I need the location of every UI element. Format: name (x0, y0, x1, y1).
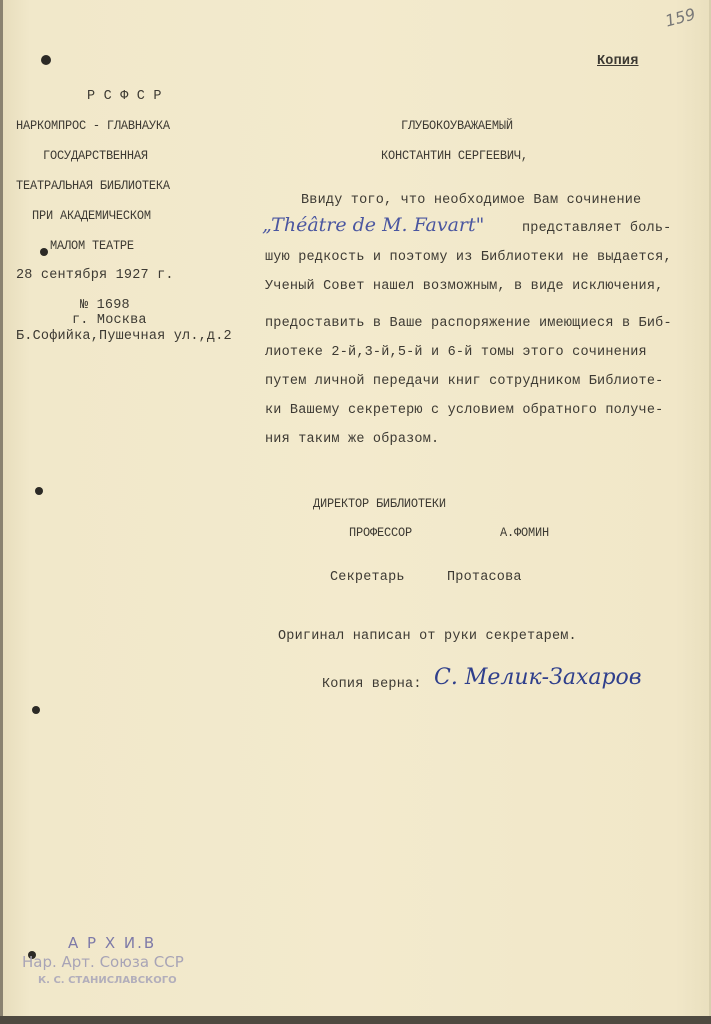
letterhead-rsfsr: Р С Ф С Р (87, 89, 162, 104)
body-line: шую редкость и поэтому из Библиотеки не … (265, 250, 672, 265)
punch-hole-icon (40, 248, 48, 256)
letterhead-academic: ПРИ АКАДЕМИЧЕСКОМ (32, 208, 151, 223)
original-note: Оригинал написан от руки секретарем. (278, 629, 577, 644)
body-line: лиотеке 2-й,3-й,5-й и 6-й томы этого соч… (265, 345, 647, 360)
letterhead-narkompros: НАРКОМПРОС - ГЛАВНАУКА (16, 118, 170, 133)
director-title: ДИРЕКТОР БИБЛИОТЕКИ (313, 496, 446, 511)
salutation-line1: ГЛУБОКОУВАЖАЕМЫЙ (401, 118, 513, 133)
document-page: 159 Копия Р С Ф С Р НАРКОМПРОС - ГЛАВНАУ… (0, 0, 711, 1024)
professor-name: А.ФОМИН (500, 525, 549, 540)
archive-stamp-line3: К. С. СТАНИСЛАВСКОГО (38, 975, 177, 986)
letterhead-maly-theatre: МАЛОМ ТЕАТРЕ (50, 238, 134, 253)
copy-mark: Копия (597, 54, 639, 69)
page-left-edge (0, 0, 3, 1024)
salutation-line2: КОНСТАНТИН СЕРГЕЕВИЧ, (381, 148, 528, 163)
handwritten-signature: С. Мелик-Захаров (434, 665, 642, 690)
page-bottom-edge (0, 1016, 711, 1024)
letter-address: Б.Софийка,Пушечная ул.,д.2 (16, 329, 232, 344)
body-line: Ученый Совет нашел возможным, в виде иск… (265, 279, 663, 294)
body-line-2-rest: представляет боль- (522, 221, 671, 236)
handwritten-book-title: „Théâtre de M. Favart" (262, 214, 484, 236)
letter-date: 28 сентября 1927 г. (16, 268, 174, 283)
letterhead-state: ГОСУДАРСТВЕННАЯ (43, 148, 148, 163)
professor-label: ПРОФЕССОР (349, 525, 412, 540)
body-line: предоставить в Ваше распоряжение имеющие… (265, 316, 672, 331)
archive-stamp-title: А Р Х И.В (68, 934, 156, 952)
secretary-label: Секретарь (330, 570, 405, 585)
body-line: ния таким же образом. (265, 432, 439, 447)
letter-number: № 1698 (80, 298, 130, 313)
body-line: путем личной передачи книг сотрудником Б… (265, 374, 663, 389)
letterhead-library: ТЕАТРАЛЬНАЯ БИБЛИОТЕКА (16, 178, 170, 193)
secretary-name: Протасова (447, 570, 522, 585)
archive-page-number: 159 (663, 4, 697, 30)
punch-hole-icon (32, 706, 40, 714)
certification-label: Копия верна: (322, 677, 422, 692)
body-line-1: Ввиду того, что необходимое Вам сочинени… (301, 193, 641, 208)
body-line: ки Вашему секретерю с условием обратного… (265, 403, 663, 418)
letter-city: г. Москва (72, 313, 147, 328)
punch-hole-icon (35, 487, 43, 495)
archive-stamp-line2: Нар. Арт. Союза ССР (22, 953, 184, 971)
punch-hole-icon (41, 55, 51, 65)
